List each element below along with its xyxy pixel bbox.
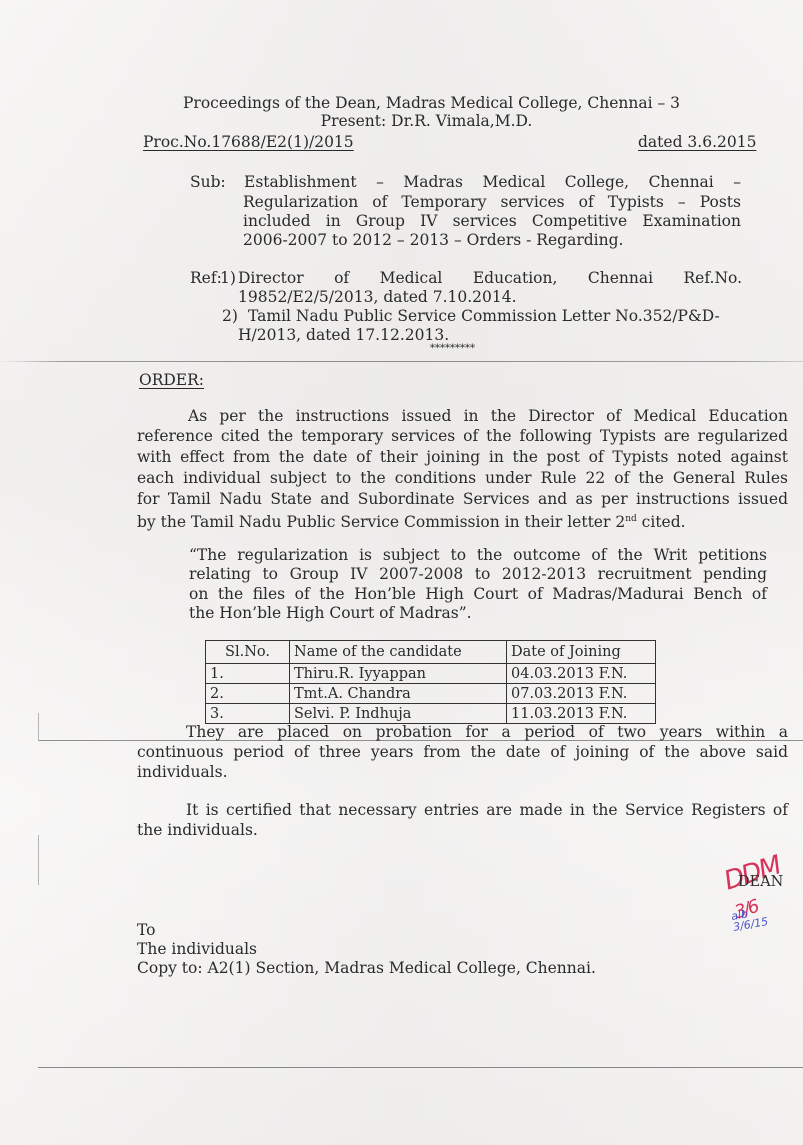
order-para-line: As per the instructions issued in the Di… [188, 406, 788, 426]
cell-date: 04.03.2013 F.N. [507, 664, 656, 684]
ref-line: Director of Medical Education, Chennai R… [238, 268, 742, 288]
subject-label: Sub: [190, 172, 226, 192]
order-para-text: cited. [637, 513, 686, 531]
header-present: Present: Dr.R. Vimala,M.D. [0, 111, 803, 131]
column-header: Sl.No. [206, 641, 290, 664]
column-header: Date of Joining [507, 641, 656, 664]
probation-line: They are placed on probation for a perio… [186, 722, 788, 742]
order-para-line: by the Tamil Nadu Public Service Commiss… [137, 509, 686, 532]
cell-date: 11.03.2013 F.N. [507, 704, 656, 724]
order-para-text: by the Tamil Nadu Public Service Commiss… [137, 513, 625, 531]
paper-fold-line [38, 1067, 803, 1068]
order-para-line: for Tamil Nadu State and Subordinate Ser… [137, 489, 788, 509]
paper-fold-line [0, 361, 803, 362]
paper-edge-mark [38, 835, 39, 885]
subject-line: included in Group IV services Competitiv… [243, 211, 741, 231]
order-heading: ORDER: [139, 370, 204, 390]
column-header: Name of the candidate [290, 641, 507, 664]
table-row: 2. Tmt.A. Chandra 07.03.2013 F.N. [206, 684, 656, 704]
paper-edge-mark [38, 713, 39, 741]
table-header-row: Sl.No. Name of the candidate Date of Joi… [206, 641, 656, 664]
cell-sl-no: 2. [206, 684, 290, 704]
ref-line: H/2013, dated 17.12.2013. [238, 325, 449, 345]
cell-sl-no: 1. [206, 664, 290, 684]
order-para-line: reference cited the temporary services o… [137, 426, 788, 446]
probation-line: individuals. [137, 762, 228, 782]
subject-line: Regularization of Temporary services of … [243, 192, 741, 212]
ref-label: Ref: [190, 268, 222, 288]
certified-line: It is certified that necessary entries a… [186, 800, 788, 820]
ref-number: 1) [220, 268, 236, 288]
signatory-designation: DEAN [738, 874, 783, 890]
cell-name: Selvi. P. Indhuja [290, 704, 507, 724]
cell-name: Tmt.A. Chandra [290, 684, 507, 704]
ref-number: 2) [222, 306, 238, 326]
proc-number: Proc.No.17688/E2(1)/2015 [143, 132, 354, 152]
ref-line: Tamil Nadu Public Service Commission Let… [248, 306, 720, 326]
ref-line: 19852/E2/5/2013, dated 7.10.2014. [238, 287, 517, 307]
recipient: The individuals [137, 939, 257, 959]
order-para-line: with effect from the date of their joini… [137, 447, 788, 467]
separator-stars: ********* [430, 343, 475, 355]
to-label: To [137, 920, 155, 940]
quote-line: the Hon’ble High Court of Madras”. [189, 603, 472, 623]
cell-name: Thiru.R. Iyyappan [290, 664, 507, 684]
copy-to: Copy to: A2(1) Section, Madras Medical C… [137, 958, 596, 978]
table-row: 1. Thiru.R. Iyyappan 04.03.2013 F.N. [206, 664, 656, 684]
order-para-line: each individual subject to the condition… [137, 468, 788, 488]
probation-line: continuous period of three years from th… [137, 742, 788, 762]
subject-line: Establishment – Madras Medical College, … [244, 172, 741, 192]
ordinal-suffix: nd [625, 514, 637, 524]
proc-date: dated 3.6.2015 [638, 132, 756, 152]
quote-line: relating to Group IV 2007-2008 to 2012-2… [189, 564, 767, 584]
table-row: 3. Selvi. P. Indhuja 11.03.2013 F.N. [206, 704, 656, 724]
cell-date: 07.03.2013 F.N. [507, 684, 656, 704]
candidates-table: Sl.No. Name of the candidate Date of Joi… [205, 640, 656, 724]
quote-line: “The regularization is subject to the ou… [189, 545, 767, 565]
subject-line: 2006-2007 to 2012 – 2013 – Orders - Rega… [243, 230, 623, 250]
certified-line: the individuals. [137, 820, 258, 840]
quote-line: on the files of the Hon’ble High Court o… [189, 584, 767, 604]
blue-ink-initials: alb3/6/15 [730, 905, 769, 933]
cell-sl-no: 3. [206, 704, 290, 724]
header-title: Proceedings of the Dean, Madras Medical … [0, 93, 803, 113]
